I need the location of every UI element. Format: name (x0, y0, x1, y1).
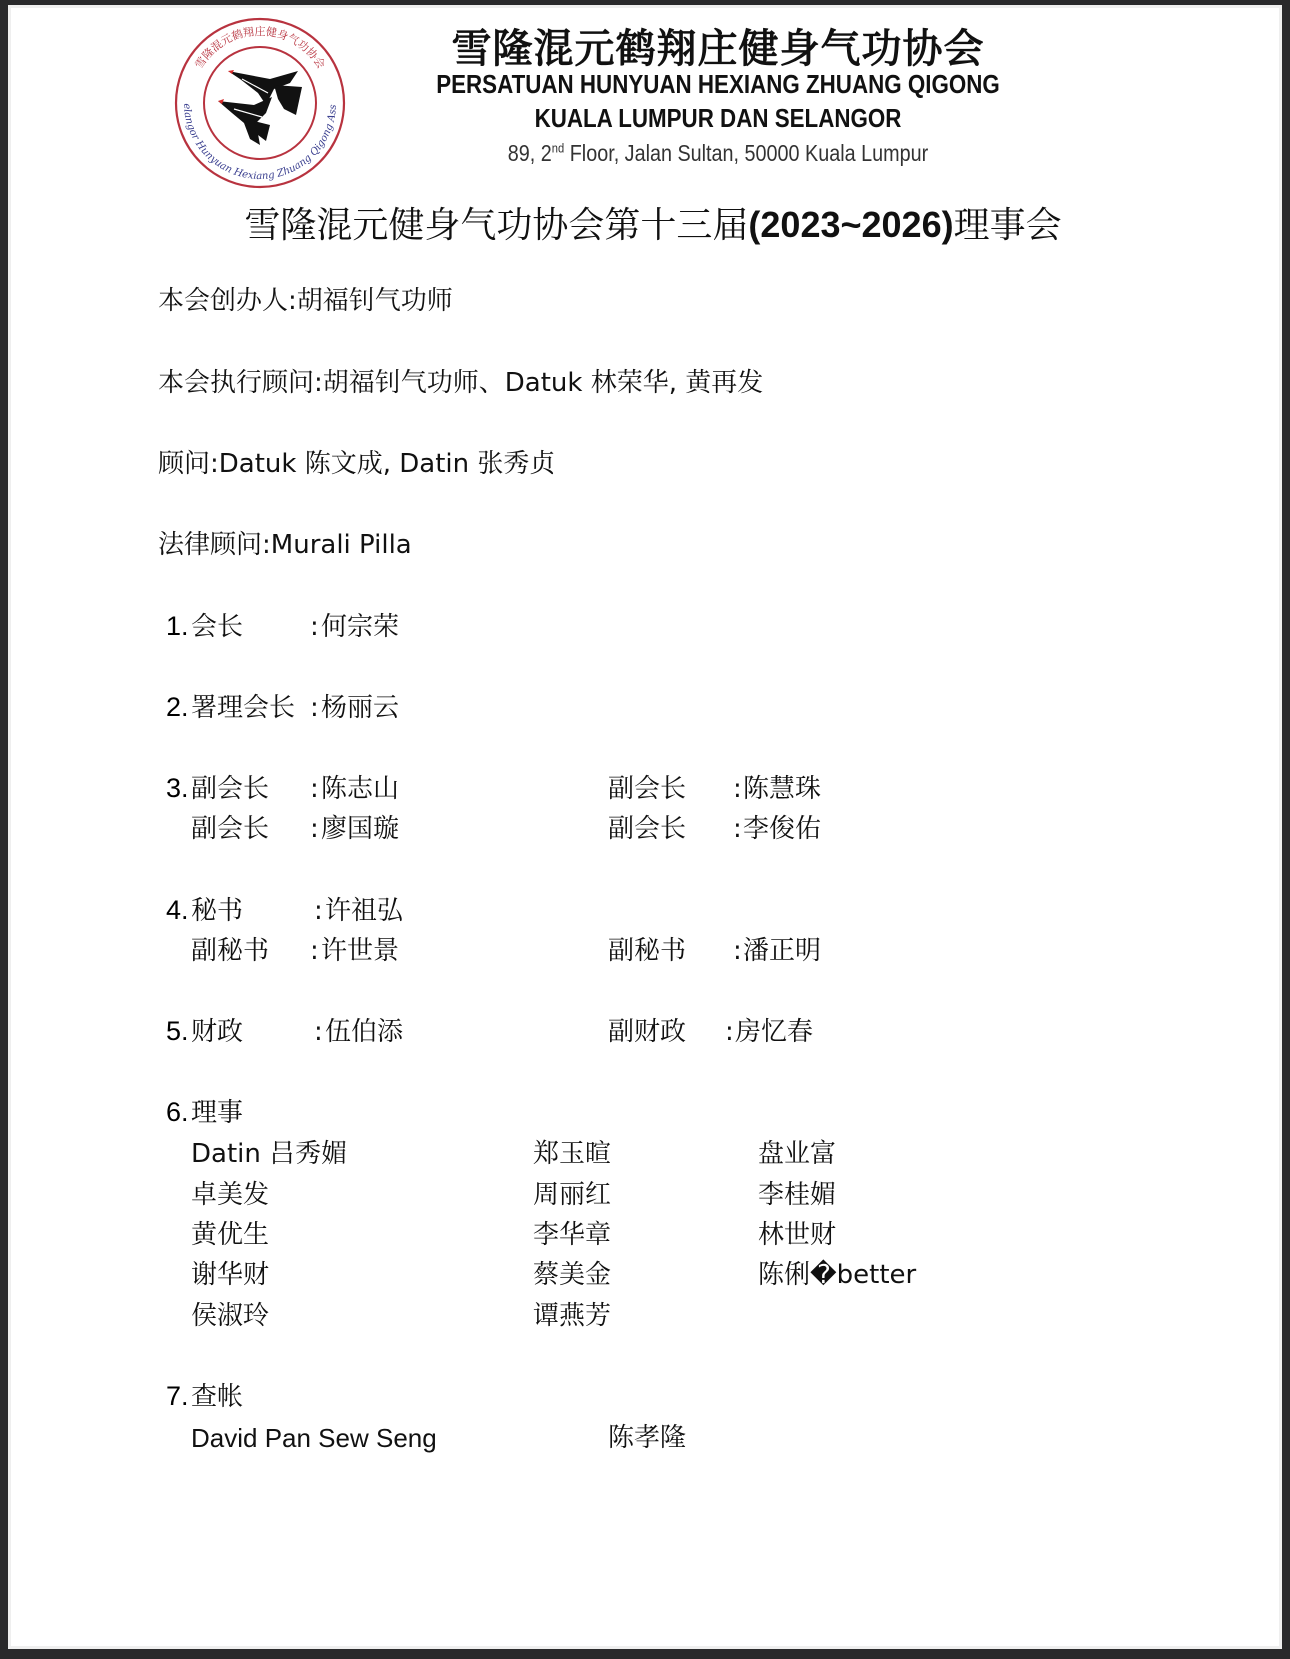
association-chinese-name: 雪隆混元鹤翔庄健身气功协会 (428, 17, 1008, 74)
director-name: 谭燕芳 (533, 1300, 611, 1332)
legal-advisor-line: 法律顾问:Murali Pilla (158, 529, 412, 561)
association-logo: 雪隆混元鹤翔庄健身气功协会 K.L & Selangor Hunyuan Hex… (170, 13, 350, 193)
document-title: 雪隆混元健身气功协会第十三届(2023~2026)理事会 (158, 197, 1148, 248)
auditor-name: 陈孝隆 (608, 1422, 686, 1454)
executive-advisors-line: 本会执行顾问:胡福钊气功师、Datuk 林荣华, 黄再发 (158, 367, 763, 399)
director-name: 郑玉暄 (533, 1138, 611, 1170)
director-name: 盘业富 (758, 1138, 836, 1170)
director-name: 侯淑玲 (191, 1300, 269, 1332)
advisors-line: 顾问:Datuk 陈文成, Datin 张秀贞 (158, 448, 555, 480)
director-name: Datin 吕秀媚 (191, 1138, 347, 1170)
association-malay-name-line1: PERSATUAN HUNYUAN HEXIANG ZHUANG QIGONG (434, 69, 1002, 100)
director-name: 黄优生 (191, 1219, 269, 1251)
director-name: 谢华财 (191, 1259, 269, 1291)
crane-pair-icon: 雪隆混元鹤翔庄健身气功协会 K.L & Selangor Hunyuan Hex… (170, 13, 350, 193)
association-address: 89, 2nd Floor, Jalan Sultan, 50000 Kuala… (434, 140, 1002, 167)
founder-line: 本会创办人:胡福钊气功师 (158, 285, 453, 317)
director-name: 李华章 (533, 1219, 611, 1251)
director-name: 蔡美金 (533, 1259, 611, 1291)
director-name: 卓美发 (191, 1179, 269, 1211)
auditor-name: David Pan Sew Seng (191, 1422, 437, 1454)
director-name: 周丽红 (533, 1179, 611, 1211)
director-name: 李桂媚 (758, 1179, 836, 1211)
director-name: 陈俐�better (758, 1259, 916, 1291)
document-page: 雪隆混元鹤翔庄健身气功协会 K.L & Selangor Hunyuan Hex… (8, 5, 1282, 1649)
director-name: 林世财 (758, 1219, 836, 1251)
association-malay-name-line2: KUALA LUMPUR DAN SELANGOR (434, 103, 1002, 134)
